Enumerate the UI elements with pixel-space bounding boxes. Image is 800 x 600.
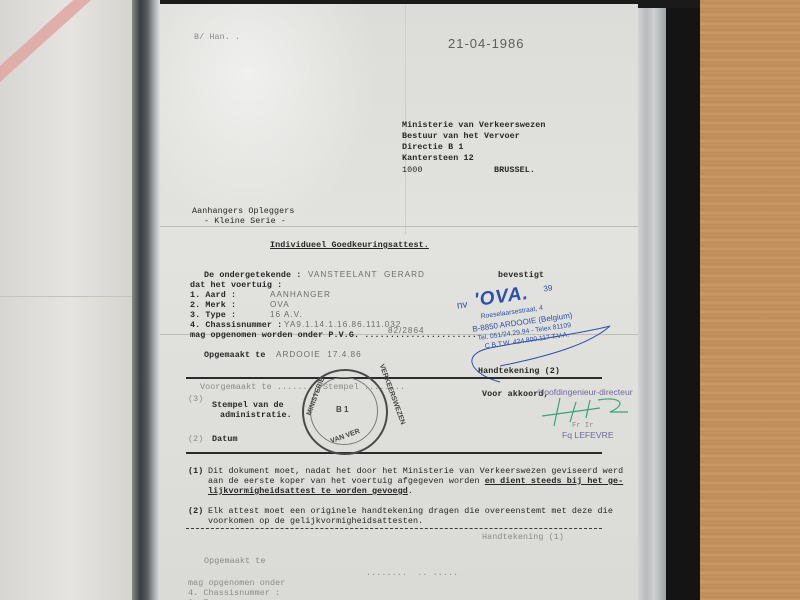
note-1-line-2-underlined: en dient steeds bij het ge- — [485, 476, 623, 486]
bleed-chassis: 4. Chassisnummer : — [188, 588, 280, 598]
section-divider-1 — [186, 377, 602, 379]
vehicle-intro: dat het voertuig : — [190, 280, 282, 290]
admin-stamp-label-1: Stempel van de — [212, 400, 284, 410]
note-1-line-3: lijkvormigheidsattest te worden gevoegd. — [208, 486, 413, 496]
reference-fragment: B/ Han. . — [194, 32, 240, 42]
stamp-number: 39 — [543, 283, 553, 293]
pink-stripe-mark — [0, 0, 123, 105]
recipient-line-1: Ministerie van Verkeerswezen — [402, 120, 546, 130]
ministry-round-stamp: VERKEERSWEZEN VAN VER MINISTERIE B 1 — [302, 369, 388, 455]
admin-stamp-label-2: administratie. — [220, 410, 292, 420]
document-page: B/ Han. . 21-04-1986 Ministerie van Verk… — [160, 4, 638, 600]
blue-signature-icon — [460, 304, 620, 384]
wooden-desk — [690, 0, 800, 600]
round-stamp-text-right: VERKEERSWEZEN — [378, 363, 406, 425]
made-at-value: ARDOOIE 17.4.86 — [276, 350, 362, 359]
note-1-line-3-end: . — [408, 486, 413, 496]
category-line-2: - Kleine Serie - — [204, 216, 286, 226]
field-label-type: 3. Type : — [190, 310, 236, 320]
notes-end-divider — [186, 528, 602, 529]
paper-vertical-fold — [405, 4, 406, 234]
sleeve-glare — [160, 4, 380, 234]
round-stamp-center: B 1 — [336, 405, 348, 414]
note-2-number: (2) — [188, 506, 203, 516]
field-label-aard: 1. Aard : — [190, 290, 236, 300]
undersigned-value: VANSTEELANT GERARD — [308, 270, 425, 279]
bleed-dots: ........ .. ..... — [366, 568, 458, 578]
green-signature-icon — [540, 394, 630, 428]
admin-number-2: (2) — [188, 434, 203, 444]
admin-number-3: (3) — [188, 394, 203, 404]
note-1-line-2: aan de eerste koper van het voertuig afg… — [208, 476, 623, 486]
document-title: Individueel Goedkeuringsattest. — [270, 240, 429, 250]
note-2-line-1: Elk attest moet een originele handtekeni… — [208, 506, 613, 516]
section-divider-2 — [186, 452, 602, 454]
note-1-line-1: Dit dokument moet, nadat het door het Mi… — [208, 466, 623, 476]
field-label-chassis: 4. Chassisnummer : — [190, 320, 282, 330]
note-1-line-2-plain: aan de eerste koper van het voertuig afg… — [208, 476, 485, 486]
paper-fold-1 — [160, 226, 638, 227]
left-sleeve-page — [0, 0, 140, 600]
note-1-line-3-underlined: lijkvormigheidsattest te worden gevoegd — [208, 486, 408, 496]
received-date-stamp: 21-04-1986 — [448, 36, 525, 51]
recipient-line-3: Directie B 1 — [402, 142, 464, 152]
pvg-label: mag opgenomen worden onder P.V.G. ......… — [190, 330, 477, 340]
binder-ring-spine — [132, 0, 160, 600]
pvg-value: 82/2864 — [388, 326, 425, 335]
bleed-pvg: mag opgenomen onder — [188, 578, 285, 588]
bleed-signature-1: Handtekening (1) — [482, 532, 564, 542]
field-value-chassis: YA9.1.14.1.16.86.111.032 — [284, 320, 401, 329]
category-line-1: Aanhangers Opleggers — [192, 206, 295, 216]
field-value-merk: OVA — [270, 300, 290, 309]
admin-date-label: Datum — [212, 434, 238, 444]
note-2-line-2: voorkomen op de gelijkvormigheidsatteste… — [208, 516, 423, 526]
field-value-aard: AANHANGER — [270, 290, 331, 299]
recipient-city: BRUSSEL. — [494, 165, 535, 175]
recipient-line-2: Bestuur van het Vervoer — [402, 131, 520, 141]
recipient-postcode: 1000 — [402, 165, 423, 175]
field-label-merk: 2. Merk : — [190, 300, 236, 310]
note-1-number: (1) — [188, 466, 203, 476]
confirms-label: bevestigt — [498, 270, 544, 280]
left-page-crease — [0, 296, 140, 297]
undersigned-label: De ondergetekende : — [204, 270, 301, 280]
bleed-made-at: Opgemaakt te — [204, 556, 266, 566]
field-value-type: 16 A.V. — [270, 310, 303, 319]
plastic-sleeve-edge — [636, 8, 666, 600]
official-name-stamp: Fq LEFEVRE — [562, 430, 614, 440]
recipient-line-4: Kantersteen 12 — [402, 153, 474, 163]
made-at-label: Opgemaakt te — [204, 350, 266, 360]
